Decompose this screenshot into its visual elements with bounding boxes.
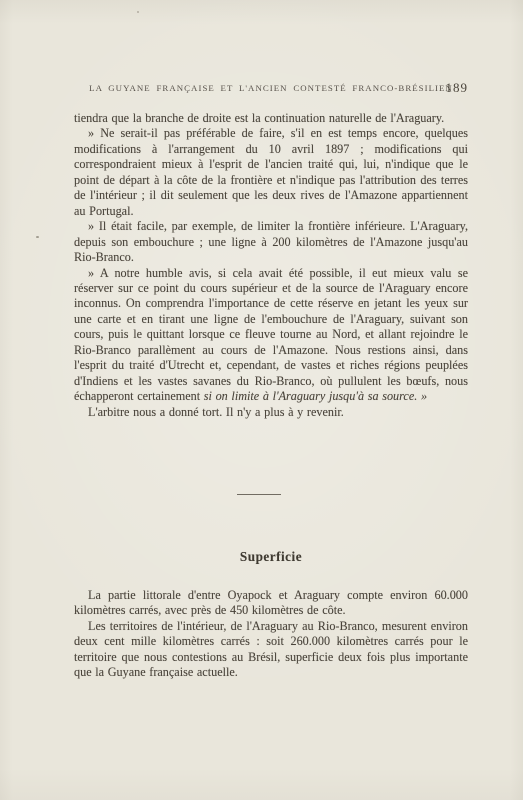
paragraph: » A notre humble avis, si cela avait été… — [74, 266, 468, 405]
paragraph: tiendra que la branche de droite est la … — [74, 111, 468, 126]
section-text-block: La partie littorale d'entre Oyapock et A… — [74, 588, 468, 681]
paragraph-segment: tiendra que la branche de droite est la … — [74, 111, 444, 125]
paragraph-segment: Les territoires de l'intérieur, de l'Ara… — [74, 619, 468, 679]
paper-speck — [137, 11, 139, 13]
paragraph-segment: » Il était facile, par exemple, de limit… — [74, 219, 468, 264]
paragraph: L'arbitre nous a donné tort. Il n'y a pl… — [74, 405, 468, 420]
paper-speck — [36, 236, 39, 238]
body-text-block: tiendra que la branche de droite est la … — [74, 111, 468, 420]
paragraph-segment: » A notre humble avis, si cela avait été… — [74, 266, 468, 404]
paragraph: Les territoires de l'intérieur, de l'Ara… — [74, 619, 468, 681]
paragraph-segment: L'arbitre nous a donné tort. Il n'y a pl… — [88, 405, 344, 419]
section-heading: Superficie — [74, 549, 468, 565]
paragraph: La partie littorale d'entre Oyapock et A… — [74, 588, 468, 619]
paragraph-segment: » Ne serait-il pas préférable de faire, … — [74, 126, 468, 217]
section-divider-rule — [237, 494, 281, 495]
paragraph-italic-segment: si on limite à l'Araguary jusqu'à sa sou… — [204, 389, 427, 403]
running-header-title: LA GUYANE FRANÇAISE ET L'ANCIEN CONTESTÉ… — [74, 83, 468, 93]
paragraph-segment: La partie littorale d'entre Oyapock et A… — [74, 588, 468, 617]
running-header: LA GUYANE FRANÇAISE ET L'ANCIEN CONTESTÉ… — [74, 83, 468, 97]
page-number: 189 — [446, 80, 469, 96]
paragraph: » Ne serait-il pas préférable de faire, … — [74, 126, 468, 219]
paragraph: » Il était facile, par exemple, de limit… — [74, 219, 468, 265]
scanned-book-page: LA GUYANE FRANÇAISE ET L'ANCIEN CONTESTÉ… — [0, 0, 523, 800]
